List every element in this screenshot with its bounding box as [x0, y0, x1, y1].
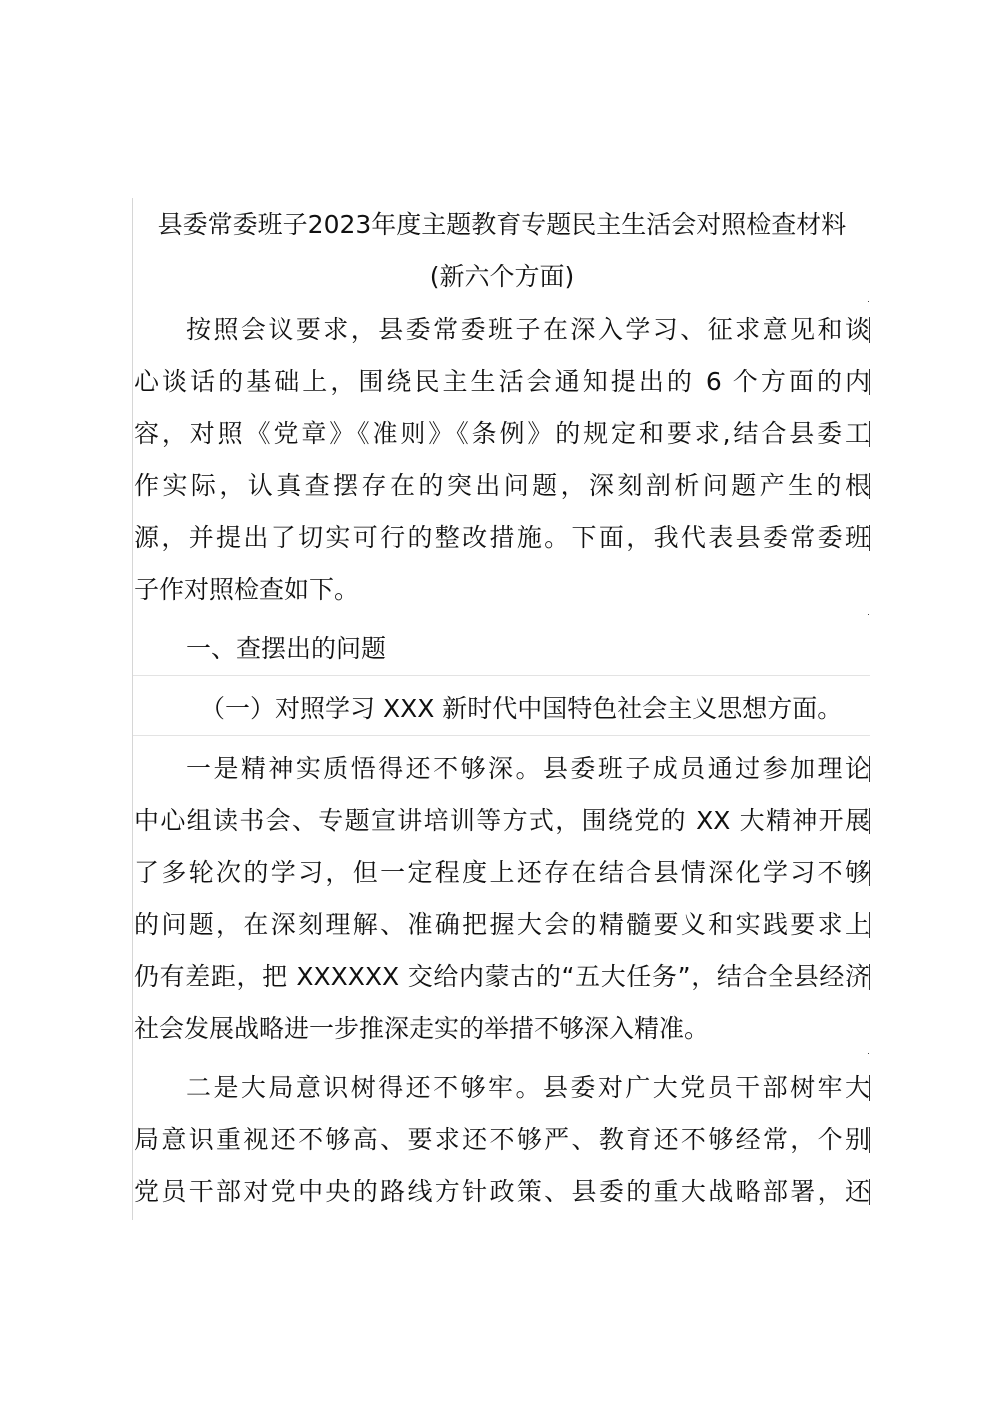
subsection-heading: （一）对照学习 XXX 新时代中国特色社会主义思想方面。	[134, 693, 870, 725]
line-end-mark	[869, 1075, 870, 1101]
line-end-mark	[869, 525, 870, 551]
margin-mark	[868, 1053, 869, 1054]
separator-line	[133, 675, 870, 676]
paragraph-line: 二是大局意识树得还不够牢。县委对广大党员干部树牢大	[134, 1072, 870, 1104]
line-end-mark	[869, 964, 870, 990]
section-heading: 一、查摆出的问题	[134, 633, 870, 665]
paragraph-line: 仍有差距，把 XXXXXX 交给内蒙古的“五大任务”，结合全县经济	[134, 961, 870, 993]
line-end-mark	[869, 1127, 870, 1153]
paragraph-line: 容，对照《党章》《准则》《条例》的规定和要求,结合县委工	[134, 418, 870, 450]
paragraph-line: 局意识重视还不够高、要求还不够严、教育还不够经常，个别	[134, 1124, 870, 1156]
line-end-mark	[869, 860, 870, 886]
document-title: 县委常委班子2023年度主题教育专题民主生活会对照检查材料	[134, 209, 870, 241]
paragraph-line: 一是精神实质悟得还不够深。县委班子成员通过参加理论	[134, 753, 870, 785]
document-subtitle: (新六个方面)	[134, 261, 870, 293]
paragraph-line: 子作对照检查如下。	[134, 574, 870, 606]
paragraph-line: 作实际，认真查摆存在的突出问题，深刻剖析问题产生的根	[134, 470, 870, 502]
document-page: 县委常委班子2023年度主题教育专题民主生活会对照检查材料 (新六个方面) 按照…	[0, 0, 992, 1403]
paragraph-line: 党员干部对党中央的路线方针政策、县委的重大战略部署，还	[134, 1176, 870, 1208]
paragraph-line: 中心组读书会、专题宣讲培训等方式，围绕党的 XX 大精神开展	[134, 805, 870, 837]
separator-line	[133, 735, 870, 736]
line-end-mark	[869, 1179, 870, 1205]
paragraph-line: 心谈话的基础上，围绕民主生活会通知提出的 6 个方面的内	[134, 366, 870, 398]
line-end-mark	[869, 317, 870, 343]
line-end-mark	[869, 473, 870, 499]
line-end-mark	[869, 421, 870, 447]
margin-mark	[868, 614, 869, 615]
paragraph-line: 的问题，在深刻理解、准确把握大会的精髓要义和实践要求上	[134, 909, 870, 941]
line-end-mark	[869, 912, 870, 938]
left-margin-rule	[132, 198, 133, 1220]
line-end-mark	[869, 369, 870, 395]
line-end-mark	[869, 808, 870, 834]
paragraph-line: 源，并提出了切实可行的整改措施。下面，我代表县委常委班	[134, 522, 870, 554]
margin-mark	[868, 301, 869, 302]
paragraph-line: 社会发展战略进一步推深走实的举措不够深入精准。	[134, 1013, 870, 1045]
line-end-mark	[869, 756, 870, 782]
paragraph-line: 按照会议要求，县委常委班子在深入学习、征求意见和谈	[134, 314, 870, 346]
paragraph-line: 了多轮次的学习，但一定程度上还存在结合县情深化学习不够	[134, 857, 870, 889]
